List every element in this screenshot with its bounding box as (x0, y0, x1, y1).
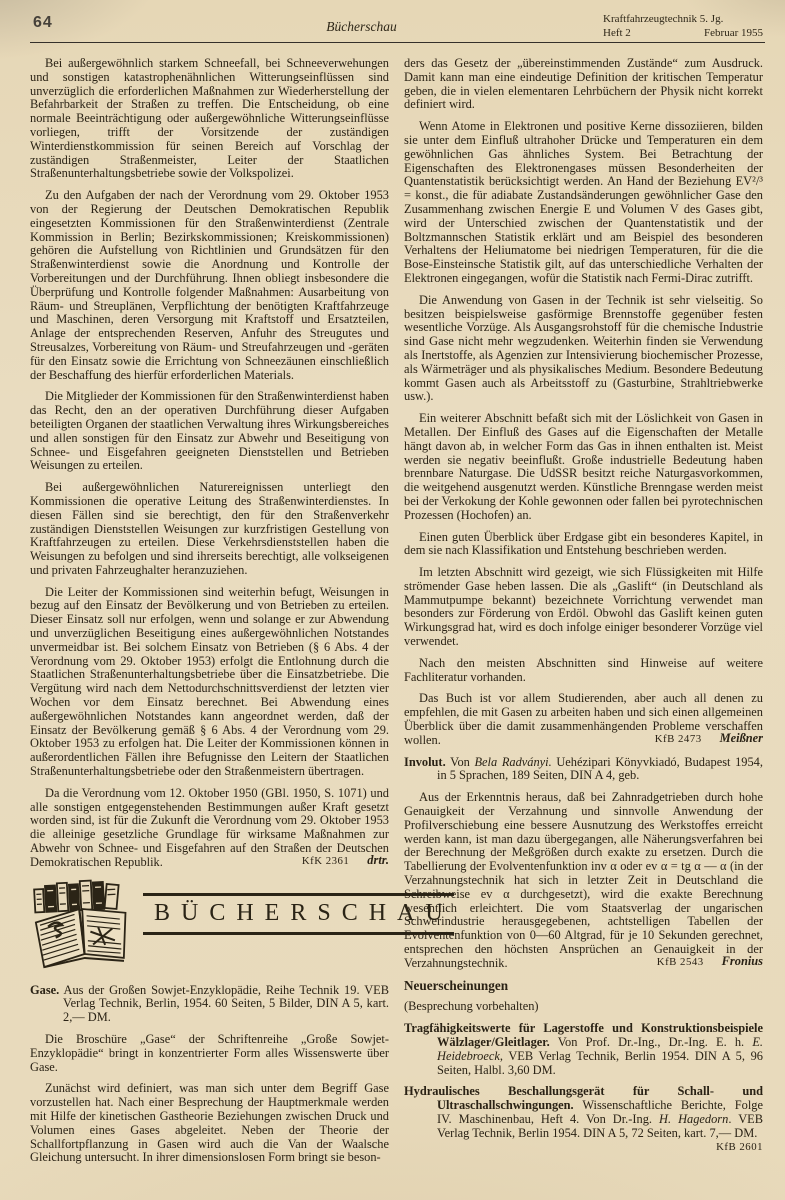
paragraph: Nach den meisten Abschnitten sind Hinwei… (404, 657, 763, 685)
review-signature: KfK 2361drtr. (302, 854, 389, 869)
paragraph: Wenn Atome in Elektronen und positive Ke… (404, 120, 763, 286)
right-column: ders das Gesetz der „übereinstimmenden Z… (404, 57, 763, 1173)
reviewer-name: Meißner (720, 731, 763, 745)
paragraph: Bei außergewöhnlich starkem Schneefall, … (30, 57, 389, 181)
review-code: KfB 2473 (655, 733, 702, 745)
text-columns: Bei außergewöhnlich starkem Schneefall, … (30, 57, 763, 1173)
review-title: Involut. (404, 755, 446, 769)
issue-date: Februar 1955 (704, 27, 763, 41)
paragraph-with-signature: Da die Verordnung vom 12. Oktober 1950 (… (30, 787, 389, 870)
paragraph: Im letzten Abschnitt wird gezeigt, wie s… (404, 566, 763, 649)
paragraph: Die Broschüre „Gase“ der Schriftenreihe … (30, 1033, 389, 1074)
reviewer-name: drtr. (367, 853, 389, 867)
open-book-icon (28, 878, 138, 970)
running-title: Bücherschau (30, 20, 693, 34)
paragraph: Zunächst wird definiert, was man sich un… (30, 1082, 389, 1165)
review-reference: Gase. Aus der Großen Sowjet-Enzyklopädie… (30, 984, 389, 1025)
review-signature: KfB 2543Fronius (657, 955, 763, 970)
paragraph: Ein weiterer Abschnitt befaßt sich mit d… (404, 412, 763, 522)
review-title: Gase. (30, 983, 59, 997)
buecherschau-banner: BÜCHERSCHAU (30, 878, 389, 970)
review-code: KfK 2361 (302, 855, 349, 867)
new-release-entry: Tragfähigkeitswerte für Lagerstoffe und … (404, 1022, 763, 1077)
book-author: Bela Radványi. (474, 755, 551, 769)
paragraph: Bei außergewöhnlichen Naturereignissen u… (30, 481, 389, 578)
paragraph: Einen guten Überblick über Erdgase gibt … (404, 531, 763, 559)
journal-name: Kraftfahrzeugtechnik 5. Jg. (603, 13, 723, 25)
paragraph-text: Aus der Erkenntnis heraus, daß bei Zahnr… (404, 790, 763, 970)
paragraph: Zu den Aufgaben der nach der Verordnung … (30, 189, 389, 382)
left-column: Bei außergewöhnlich starkem Schneefall, … (30, 57, 389, 1173)
journal-info: Kraftfahrzeugtechnik 5. Jg. Heft 2 Febru… (603, 13, 763, 40)
review-reference: Involut. Von Bela Radványi. Uehézipari K… (404, 756, 763, 784)
paragraph: Die Anwendung von Gasen in der Technik i… (404, 294, 763, 404)
page-header: 64 Bücherschau Kraftfahrzeugtechnik 5. J… (30, 10, 763, 42)
reviewer-name: Fronius (722, 954, 763, 968)
paragraph: Die Mitglieder der Kommissionen für den … (30, 390, 389, 473)
paragraph-with-signature: Das Buch ist vor allem Studierenden, abe… (404, 692, 763, 747)
review-code: KfB 2543 (657, 956, 704, 968)
entry-text: Von Prof. Dr.-Ing., Dr.-Ing. E. h. (558, 1035, 744, 1049)
byline-label: Von (450, 755, 470, 769)
section-heading: Neuerscheinungen (404, 979, 763, 993)
new-release-entry: Hydraulisches Beschallungsgerät für Scha… (404, 1085, 763, 1140)
journal-page: 64 Bücherschau Kraftfahrzeugtechnik 5. J… (0, 0, 785, 1200)
book-author: H. Hagedorn (659, 1112, 728, 1126)
review-code: KfB 2601 (404, 1141, 763, 1155)
section-note: (Besprechung vorbehalten) (404, 1000, 763, 1014)
paragraph-with-signature: Aus der Erkenntnis heraus, daß bei Zahnr… (404, 791, 763, 970)
review-reference-text: Aus der Großen Sowjet-Enzyklopädie, Reih… (63, 983, 389, 1025)
issue-label: Heft 2 (603, 27, 631, 41)
paragraph: ders das Gesetz der „übereinstimmenden Z… (404, 57, 763, 112)
paragraph: Die Leiter der Kommissionen sind weiterh… (30, 586, 389, 779)
review-signature: KfB 2473Meißner (655, 732, 763, 747)
header-rule (30, 42, 765, 43)
